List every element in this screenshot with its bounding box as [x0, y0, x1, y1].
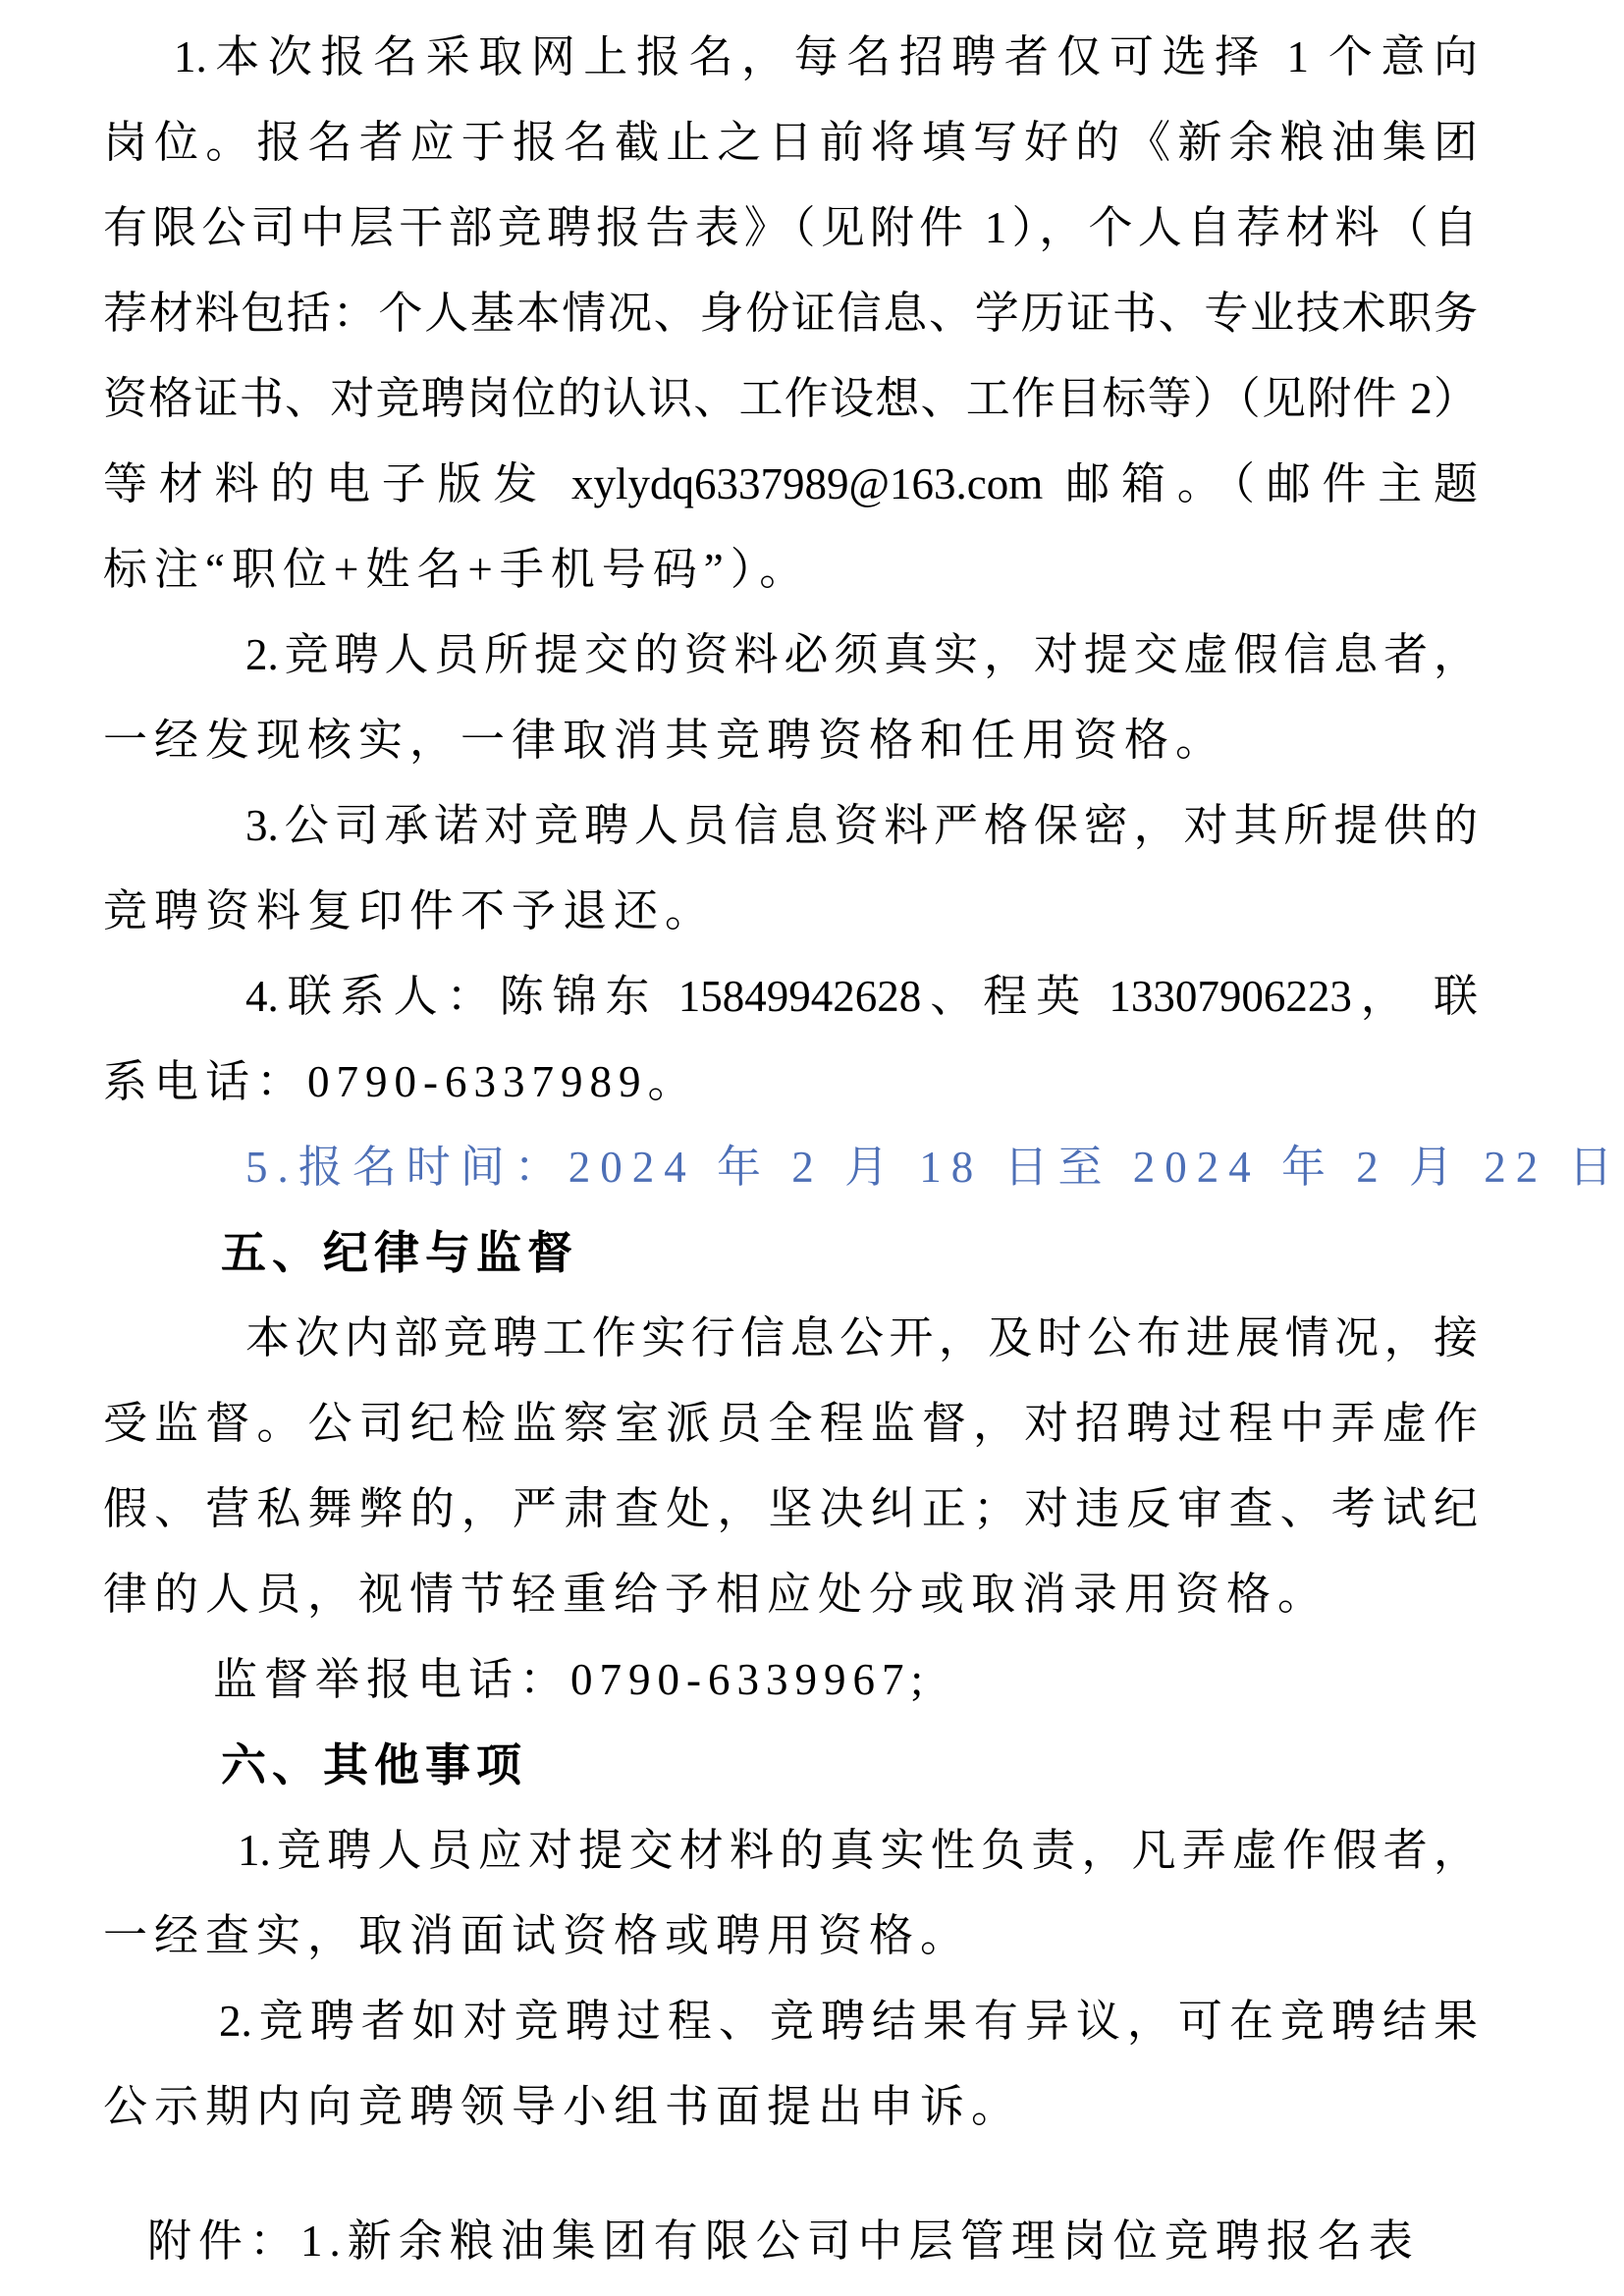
text-line-phone: 系电话：0790-6337989。 — [103, 1040, 1478, 1125]
text-line: 律的人员，视情节轻重给予相应处分或取消录用资格。 — [103, 1552, 1478, 1637]
text-line: 岗位。报名者应于报名截止之日前将填写好的《新余粮油集团 — [103, 100, 1478, 186]
attachment-line: 附件：1.新余粮油集团有限公司中层管理岗位竞聘报名表 — [103, 2199, 1478, 2284]
text-line-contacts: 4.联系人：陈锦东 15849942628、程英 13307906223， 联 — [103, 954, 1478, 1040]
text-line-report-phone: 监督举报电话：0790-6339967; — [103, 1637, 1478, 1723]
text-line: 荐材料包括：个人基本情况、身份证信息、学历证书、专业技术职务 — [103, 271, 1478, 356]
text-line: 标注“职位+姓名+手机号码”）。 — [103, 527, 1478, 613]
text-line: 2.竞聘者如对竞聘过程、竞聘结果有异议，可在竞聘结果 — [103, 1979, 1478, 2064]
text-line-email: 等材料的电子版发 xylydq6337989@163.com 邮箱。（邮件主题 — [103, 442, 1478, 527]
text-line: 1.竞聘人员应对提交材料的真实性负责，凡弄虚作假者， — [103, 1808, 1478, 1894]
text-line: 3.公司承诺对竞聘人员信息资料严格保密，对其所提供的 — [103, 783, 1478, 869]
section-heading-discipline: 五、纪律与监督 — [103, 1210, 1478, 1296]
document-body: 1.本次报名采取网上报名，每名招聘者仅可选择 1 个意向 岗位。报名者应于报名截… — [103, 15, 1478, 2284]
text-line: 资格证书、对竞聘岗位的认识、工作设想、工作目标等）（见附件 2） — [103, 356, 1478, 442]
deadline-highlight-line: 5.报名时间：2024 年 2 月 18 日至 2024 年 2 月 22 日 — [103, 1125, 1478, 1210]
section-heading-other: 六、其他事项 — [103, 1723, 1478, 1808]
text-line: 受监督。公司纪检监察室派员全程监督，对招聘过程中弄虚作 — [103, 1381, 1478, 1467]
text-line: 竞聘资料复印件不予退还。 — [103, 869, 1478, 954]
text-line: 公示期内向竞聘领导小组书面提出申诉。 — [103, 2064, 1478, 2150]
document-page: 1.本次报名采取网上报名，每名招聘者仅可选择 1 个意向 岗位。报名者应于报名截… — [0, 0, 1624, 2296]
text-line: 假、营私舞弊的，严肃查处，坚决纠正；对违反审查、考试纪 — [103, 1467, 1478, 1552]
text-line: 1.本次报名采取网上报名，每名招聘者仅可选择 1 个意向 — [103, 15, 1478, 100]
text-line: 本次内部竞聘工作实行信息公开，及时公布进展情况，接 — [103, 1296, 1478, 1381]
text-line: 一经查实，取消面试资格或聘用资格。 — [103, 1894, 1478, 1979]
text-line: 2.竞聘人员所提交的资料必须真实，对提交虚假信息者， — [103, 613, 1478, 698]
text-line: 一经发现核实，一律取消其竞聘资格和任用资格。 — [103, 698, 1478, 783]
text-line: 有限公司中层干部竞聘报告表》（见附件 1），个人自荐材料（自 — [103, 186, 1478, 271]
